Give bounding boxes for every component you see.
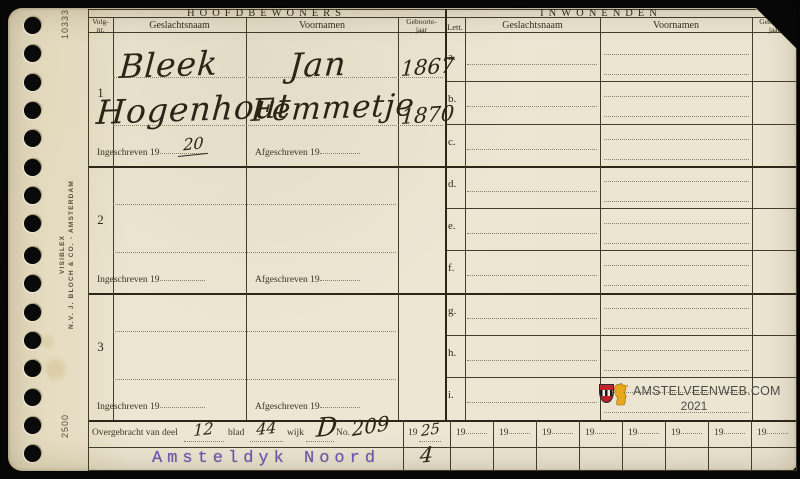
leader-deel <box>184 440 224 442</box>
grid-vline <box>708 420 709 470</box>
grid-vline <box>752 17 753 420</box>
brand-maker: N.V. J. BLOCH & CO. - AMSTERDAM <box>67 140 76 368</box>
punch-hole <box>24 102 41 119</box>
year-leader <box>767 432 788 434</box>
dotted-write-line <box>604 139 749 140</box>
year-prefix: 19 <box>456 428 466 438</box>
punch-hole <box>24 445 41 462</box>
year-prefix: 19 <box>499 428 509 438</box>
dotted-write-line <box>467 191 597 192</box>
grid-hline <box>445 208 797 209</box>
grid-vline <box>536 420 537 470</box>
section-title-hoofdbewoners: HOOFDBEWONERS <box>88 8 445 18</box>
letter-row-label: g. <box>448 305 456 317</box>
handwriting-blad: 44 <box>256 418 277 439</box>
brand-name: VISIBLEX <box>58 140 67 368</box>
dotted-write-line <box>467 106 597 107</box>
grid-vline <box>493 420 494 470</box>
column-header-geslachtsnaam-left: Geslachtsnaam <box>113 20 246 31</box>
dotted-write-line <box>604 265 749 266</box>
dotted-write-line <box>113 252 396 253</box>
punch-hole <box>24 159 41 176</box>
punch-hole <box>24 417 41 434</box>
year-cell: 19 <box>542 428 573 438</box>
year-prefix: 19 <box>757 428 767 438</box>
overgebracht-label: Overgebracht van deel <box>92 428 178 438</box>
dotted-write-line <box>604 96 749 97</box>
dotted-write-line <box>604 54 749 55</box>
dotted-write-line <box>467 402 597 403</box>
dotted-write-line <box>604 181 749 182</box>
handwriting-deel: 12 <box>193 419 214 440</box>
year-prefix: 19 <box>671 428 681 438</box>
handwriting-house-number: 4 <box>419 442 434 468</box>
dotted-write-line <box>467 233 597 234</box>
dotted-write-line <box>604 370 749 371</box>
grid-hline <box>445 81 797 82</box>
afgeschreven-leader <box>320 152 360 154</box>
grid-vline <box>88 9 89 470</box>
dotted-write-line <box>604 350 749 351</box>
grid-hline <box>445 124 797 125</box>
punch-hole <box>24 17 41 34</box>
column-header-volgnr: Volg- nr. <box>88 18 113 33</box>
grid-hline <box>445 335 797 336</box>
dotted-write-line <box>604 223 749 224</box>
afgeschreven-text: Afgeschreven 19 <box>255 275 320 285</box>
year-leader <box>681 432 702 434</box>
ingeschreven-text: Ingeschreven 19 <box>97 402 160 412</box>
handwriting-geboortejaar-1: 1867 <box>400 53 455 81</box>
afgeschreven-label: Afgeschreven 19 <box>255 402 360 412</box>
punch-hole <box>24 275 41 292</box>
grid-vline <box>796 42 797 470</box>
year-cell: 19 <box>671 428 702 438</box>
ingeschreven-text: Ingeschreven 19 <box>97 275 160 285</box>
year-prefix: 19 <box>628 428 638 438</box>
watermark-year: 2021 <box>633 399 755 413</box>
dotted-write-line <box>604 285 749 286</box>
year-prefix: 19 <box>714 428 724 438</box>
blad-label: blad <box>228 428 244 438</box>
lion-icon <box>612 382 630 406</box>
afgeschreven-label: Afgeschreven 19 <box>255 275 360 285</box>
volgnr-line2: nr. <box>97 25 105 34</box>
dotted-write-line <box>604 159 749 160</box>
grid-vline <box>403 420 404 470</box>
punch-hole <box>24 332 41 349</box>
grid-vline <box>600 17 601 420</box>
dotted-write-line <box>467 149 597 150</box>
punch-hole <box>24 215 41 232</box>
watermark-site: AMSTELVEENWEB.COM <box>633 384 781 398</box>
ingeschreven-text: Ingeschreven 19 <box>97 148 160 158</box>
punch-hole <box>24 74 41 91</box>
letter-row-label: h. <box>448 347 456 359</box>
punch-hole <box>24 45 41 62</box>
year-cell: 19 <box>757 428 788 438</box>
punch-hole <box>24 389 41 406</box>
column-header-voornamen-left: Voornamen <box>246 20 398 31</box>
handwriting-geboortejaar-2: 1870 <box>400 101 455 129</box>
grid-vline <box>465 17 466 420</box>
section-title-inwonenden: INWONENDEN <box>445 8 757 18</box>
grid-vline <box>622 420 623 470</box>
leader-blad <box>250 440 283 442</box>
punch-hole <box>24 130 41 147</box>
no-label: No. <box>336 428 350 438</box>
year-prefix: 19 <box>542 428 552 438</box>
ingeschreven-leader <box>160 406 205 408</box>
year-leader <box>638 432 659 434</box>
punch-hole <box>24 187 41 204</box>
dotted-write-line <box>604 328 749 329</box>
column-header-geboortejaar-left: Geboorte- jaar <box>398 18 445 33</box>
year-leader <box>595 432 616 434</box>
letter-row-label: e. <box>448 220 456 232</box>
year-leader <box>509 432 530 434</box>
dotted-write-line <box>113 331 396 332</box>
afgeschreven-label: Afgeschreven 19 <box>255 148 360 158</box>
afgeschreven-text: Afgeschreven 19 <box>255 148 320 158</box>
punch-hole <box>24 304 41 321</box>
column-header-geslachtsnaam-right: Geslachtsnaam <box>465 20 600 31</box>
handwriting-voornamen-2: Femmetje <box>250 87 416 129</box>
handwriting-wijk: D <box>315 412 338 444</box>
grid-hline <box>88 470 797 471</box>
year-first-prefix: 19 <box>408 428 418 438</box>
grid-hline <box>445 377 797 378</box>
letter-row-label: c. <box>448 136 456 148</box>
address-stamp: Amsteldyk Noord <box>152 449 380 468</box>
afgeschreven-text: Afgeschreven 19 <box>255 402 320 412</box>
wijk-label: wijk <box>287 428 304 438</box>
stock-number-bottom: 2500 <box>60 406 70 446</box>
grid-hline <box>88 293 797 295</box>
punch-hole <box>24 360 41 377</box>
dotted-write-line <box>604 201 749 202</box>
handwriting-voornamen-1: Jan <box>288 44 348 85</box>
year-leader <box>466 432 487 434</box>
dotted-write-line <box>467 275 597 276</box>
volgnr-value: 2 <box>88 212 113 228</box>
year-leader <box>552 432 573 434</box>
grid-vline <box>751 420 752 470</box>
letter-row-label: d. <box>448 178 456 190</box>
manufacturer-imprint: VISIBLEX N.V. J. BLOCH & CO. - AMSTERDAM <box>58 140 76 368</box>
dotted-write-line <box>467 318 597 319</box>
dotted-write-line <box>467 64 597 65</box>
year-cell: 19 <box>714 428 745 438</box>
handwriting-geslachtsnaam-1: Bleek <box>118 43 220 86</box>
dotted-write-line <box>604 243 749 244</box>
grid-vline <box>579 420 580 470</box>
photo-background: 1Ingeschreven 19Afgeschreven 192Ingeschr… <box>0 0 800 479</box>
letter-row-label: i. <box>448 389 454 401</box>
ingeschreven-label: Ingeschreven 19 <box>97 275 205 285</box>
grid-hline <box>88 447 797 448</box>
geboorte-line2: jaar <box>416 25 427 34</box>
year-cell: 19 <box>456 428 487 438</box>
grid-hline <box>88 166 797 168</box>
dotted-write-line <box>604 116 749 117</box>
year-cell: 19 <box>585 428 616 438</box>
afgeschreven-leader <box>320 279 360 281</box>
letter-row-label: f. <box>448 262 454 274</box>
year-prefix: 19 <box>585 428 595 438</box>
year-cell: 19 <box>628 428 659 438</box>
dotted-write-line <box>604 74 749 75</box>
year-cell: 19 <box>499 428 530 438</box>
dotted-write-line <box>113 379 396 380</box>
dotted-write-line <box>604 308 749 309</box>
grid-vline <box>665 420 666 470</box>
dotted-write-line <box>467 360 597 361</box>
handwriting-ingeschreven-year: 20 <box>178 133 209 157</box>
punch-hole <box>24 247 41 264</box>
handwriting-year: 25 <box>421 419 440 440</box>
card-corner-cut <box>756 8 797 49</box>
volgnr-value: 3 <box>88 339 113 355</box>
column-header-voornamen-right: Voornamen <box>600 20 752 31</box>
column-header-lett: Lett. <box>445 22 465 32</box>
stock-number-top: 10333 <box>60 6 70 42</box>
ingeschreven-label: Ingeschreven 19 <box>97 402 205 412</box>
year-leader <box>724 432 745 434</box>
grid-vline <box>450 420 451 470</box>
grid-hline <box>445 250 797 251</box>
afgeschreven-leader <box>320 406 360 408</box>
dotted-write-line <box>113 204 396 205</box>
ingeschreven-leader <box>160 279 205 281</box>
